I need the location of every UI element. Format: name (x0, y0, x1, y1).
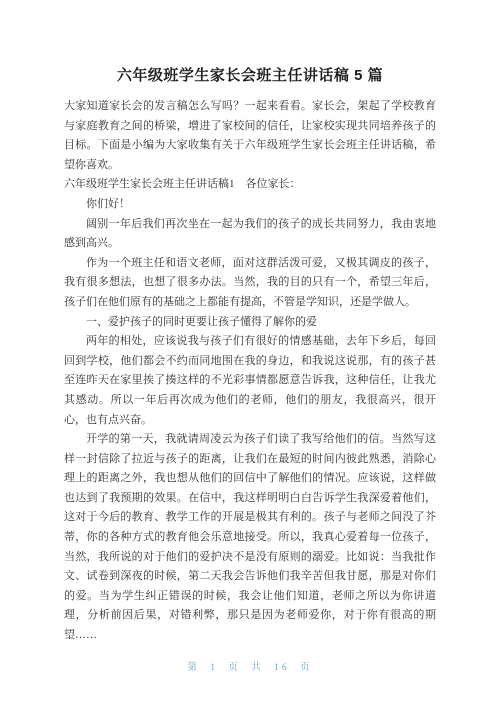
document-title: 六年级班学生家长会班主任讲话稿 5 篇 (64, 66, 436, 86)
paragraph: 阔别一年后我们再次坐在一起为我们的孩子的成长共同努力，我由衷地感到高兴。 (64, 215, 436, 254)
document-page: 六年级班学生家长会班主任讲话稿 5 篇 大家知道家长会的发言稿怎么写吗？一起来看… (0, 0, 500, 707)
greeting-paragraph: 你们好！ (64, 195, 436, 215)
section-heading-speech-1: 六年级班学生家长会班主任讲话稿1 各位家长： (64, 175, 436, 195)
paragraph: 开学的第一天，我就请周凌云为孩子们读了我写给他们的信。当然写这样一封信除了拉近与… (64, 430, 436, 646)
paragraph: 作为一个班主任和语文老师，面对这群活泼可爱，又极其调皮的孩子，我有很多想法，也想… (64, 254, 436, 313)
document-body: 大家知道家长会的发言稿怎么写吗？一起来看看。家长会，架起了学校教育与家庭教育之间… (64, 97, 436, 646)
paragraph: 两年的相处，应该说我与孩子们有很好的情感基础，去年下乡后，每回回到学校，他们都会… (64, 332, 436, 430)
subsection-heading: 一、爱护孩子的同时更要让孩子懂得了解你的爱 (64, 313, 436, 333)
page-number-footer: 第 1 页 共 16 页 (64, 661, 436, 675)
intro-paragraph: 大家知道家长会的发言稿怎么写吗？一起来看看。家长会，架起了学校教育与家庭教育之间… (64, 97, 436, 175)
